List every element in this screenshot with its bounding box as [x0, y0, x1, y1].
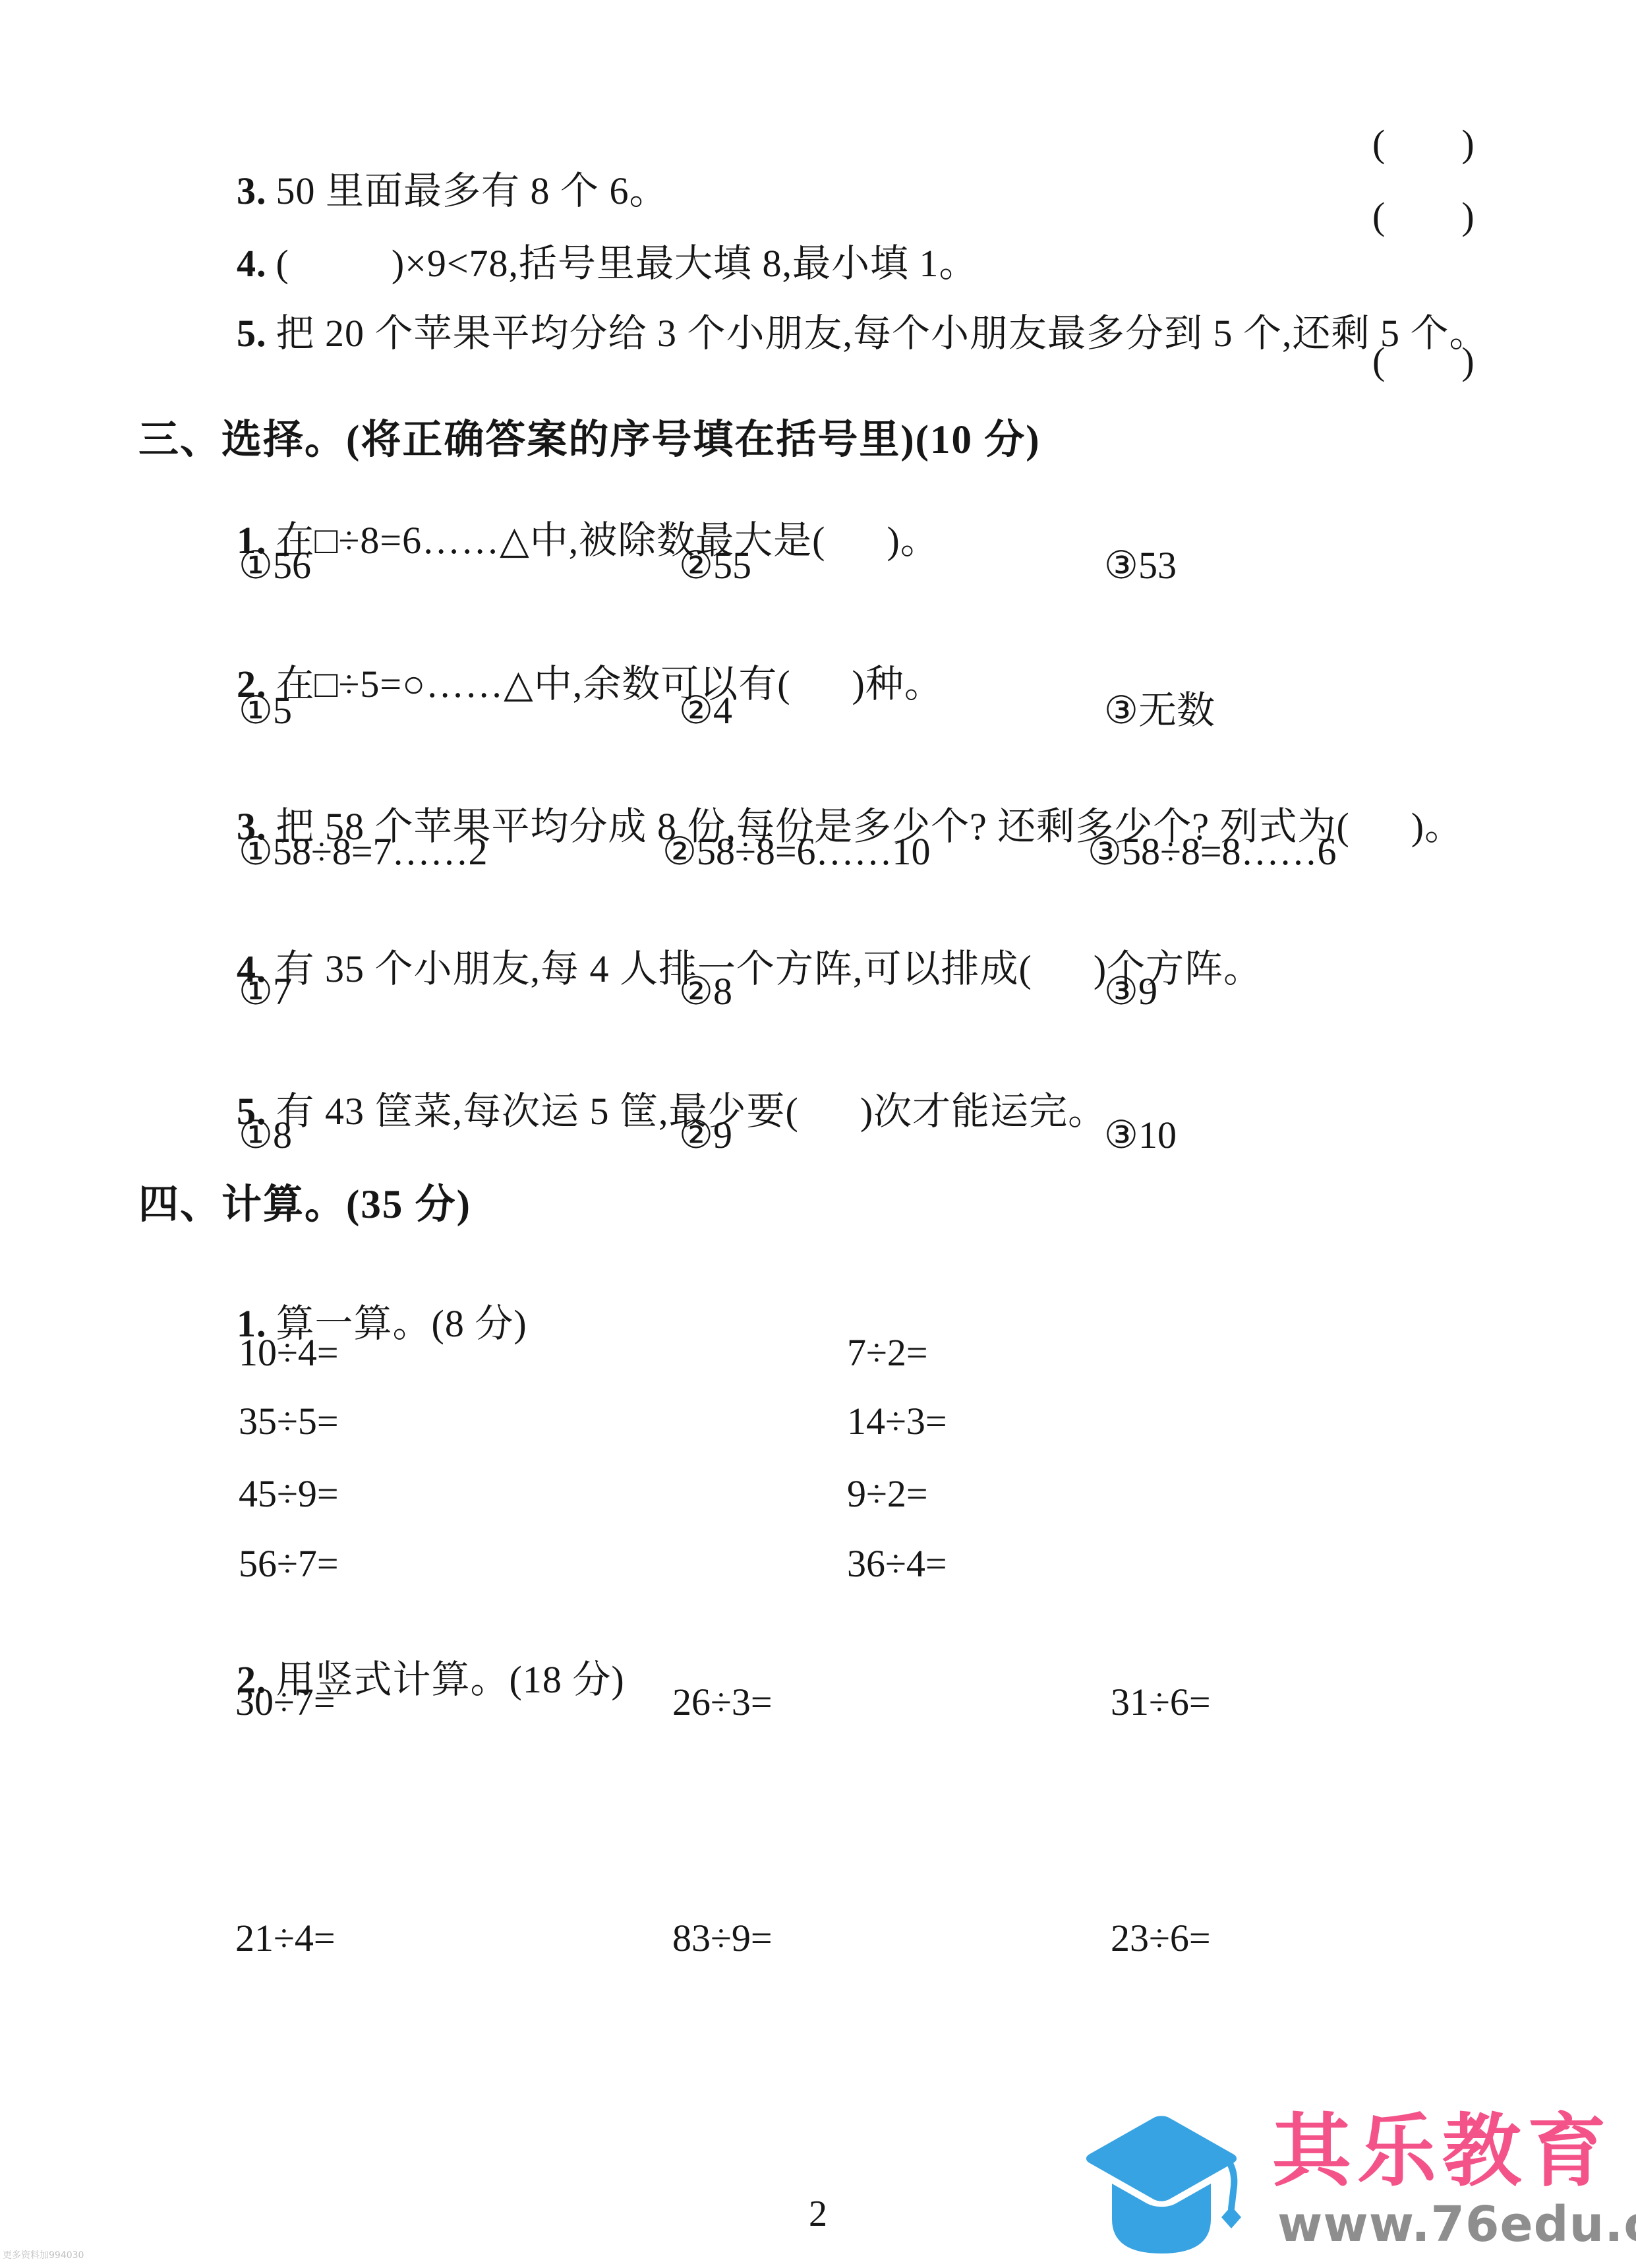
choice-options-2: ①5 ②4 ③无数 — [0, 687, 1636, 740]
judge-item-5: 5.把 20 个苹果平均分给 3 个小朋友,每个小朋友最多分到 5 个,还剩 5… — [196, 262, 1488, 405]
item-text: 把 20 个苹果平均分给 3 个小朋友,每个小朋友最多分到 5 个,还剩 5 个… — [276, 312, 1488, 355]
division-problem: 10÷4= — [239, 1329, 339, 1377]
division-problem: 14÷3= — [847, 1398, 947, 1445]
division-problem: 56÷7= — [239, 1540, 339, 1588]
item-number: 5. — [237, 312, 276, 355]
division-problem: 30÷7= — [235, 1679, 336, 1726]
option: ③10 — [1104, 1112, 1177, 1159]
option: ①5 — [239, 687, 292, 734]
option: ②8 — [679, 968, 732, 1015]
option: ①7 — [239, 968, 292, 1015]
choice-options-4: ①7 ②8 ③9 — [0, 968, 1636, 1021]
watermark-text: 更多资料加994030 — [3, 2248, 84, 2261]
division-problem: 36÷4= — [847, 1540, 947, 1588]
division-problem: 7÷2= — [847, 1329, 928, 1377]
division-problem: 83÷9= — [672, 1915, 773, 1962]
choice-options-3: ①58÷8=7……2 ②58÷8=6……10 ③58÷8=8……6 — [0, 828, 1636, 881]
option: ①56 — [239, 542, 311, 589]
division-problem: 35÷5= — [239, 1398, 339, 1445]
section-choice-title: 三、选择。(将正确答案的序号填在括号里)(10 分) — [138, 417, 1041, 464]
graduation-cap-icon — [1063, 2102, 1260, 2265]
division-problem: 26÷3= — [672, 1679, 773, 1726]
choice-options-5: ①8 ②9 ③10 — [0, 1112, 1636, 1164]
option: ①58÷8=7……2 — [239, 828, 488, 876]
option: ②55 — [679, 542, 751, 589]
option: ②9 — [679, 1112, 732, 1159]
calc-row: 56÷7= 36÷4= — [0, 1540, 1636, 1593]
worksheet-page: 3.50 里面最多有 8 个 6。 ( ) 4.( )×9<78,括号里最大填 … — [0, 0, 1636, 2268]
brand-url: www.76edu.com — [1277, 2198, 1636, 2251]
division-problem: 31÷6= — [1111, 1679, 1211, 1726]
answer-paren-4: ( ) — [1372, 193, 1475, 240]
section-calc-title: 四、计算。(35 分) — [138, 1181, 471, 1229]
vertical-calc-row: 30÷7= 26÷3= 31÷6= — [0, 1679, 1636, 1731]
vertical-calc-row: 21÷4= 83÷9= 23÷6= — [0, 1915, 1636, 1967]
publisher-logo: 其乐教育 www.76edu.com — [1063, 2102, 1636, 2268]
option: ②58÷8=6……10 — [662, 828, 931, 876]
choice-options-1: ①56 ②55 ③53 — [0, 542, 1636, 595]
option: ②4 — [679, 687, 732, 734]
division-problem: 9÷2= — [847, 1470, 928, 1518]
division-problem: 21÷4= — [235, 1915, 336, 1962]
option: ③58÷8=8……6 — [1088, 828, 1337, 876]
division-problem: 23÷6= — [1111, 1915, 1211, 1962]
calc-row: 10÷4= 7÷2= — [0, 1329, 1636, 1382]
answer-paren-3: ( ) — [1372, 120, 1475, 167]
answer-paren-5: ( ) — [1372, 338, 1475, 385]
calc-row: 45÷9= 9÷2= — [0, 1470, 1636, 1523]
division-problem: 45÷9= — [239, 1470, 339, 1518]
brand-name: 其乐教育 — [1272, 2112, 1612, 2192]
option: ③无数 — [1104, 687, 1215, 734]
option: ①8 — [239, 1112, 292, 1159]
option: ③9 — [1104, 968, 1157, 1015]
calc-row: 35÷5= 14÷3= — [0, 1398, 1636, 1450]
option: ③53 — [1104, 542, 1177, 589]
